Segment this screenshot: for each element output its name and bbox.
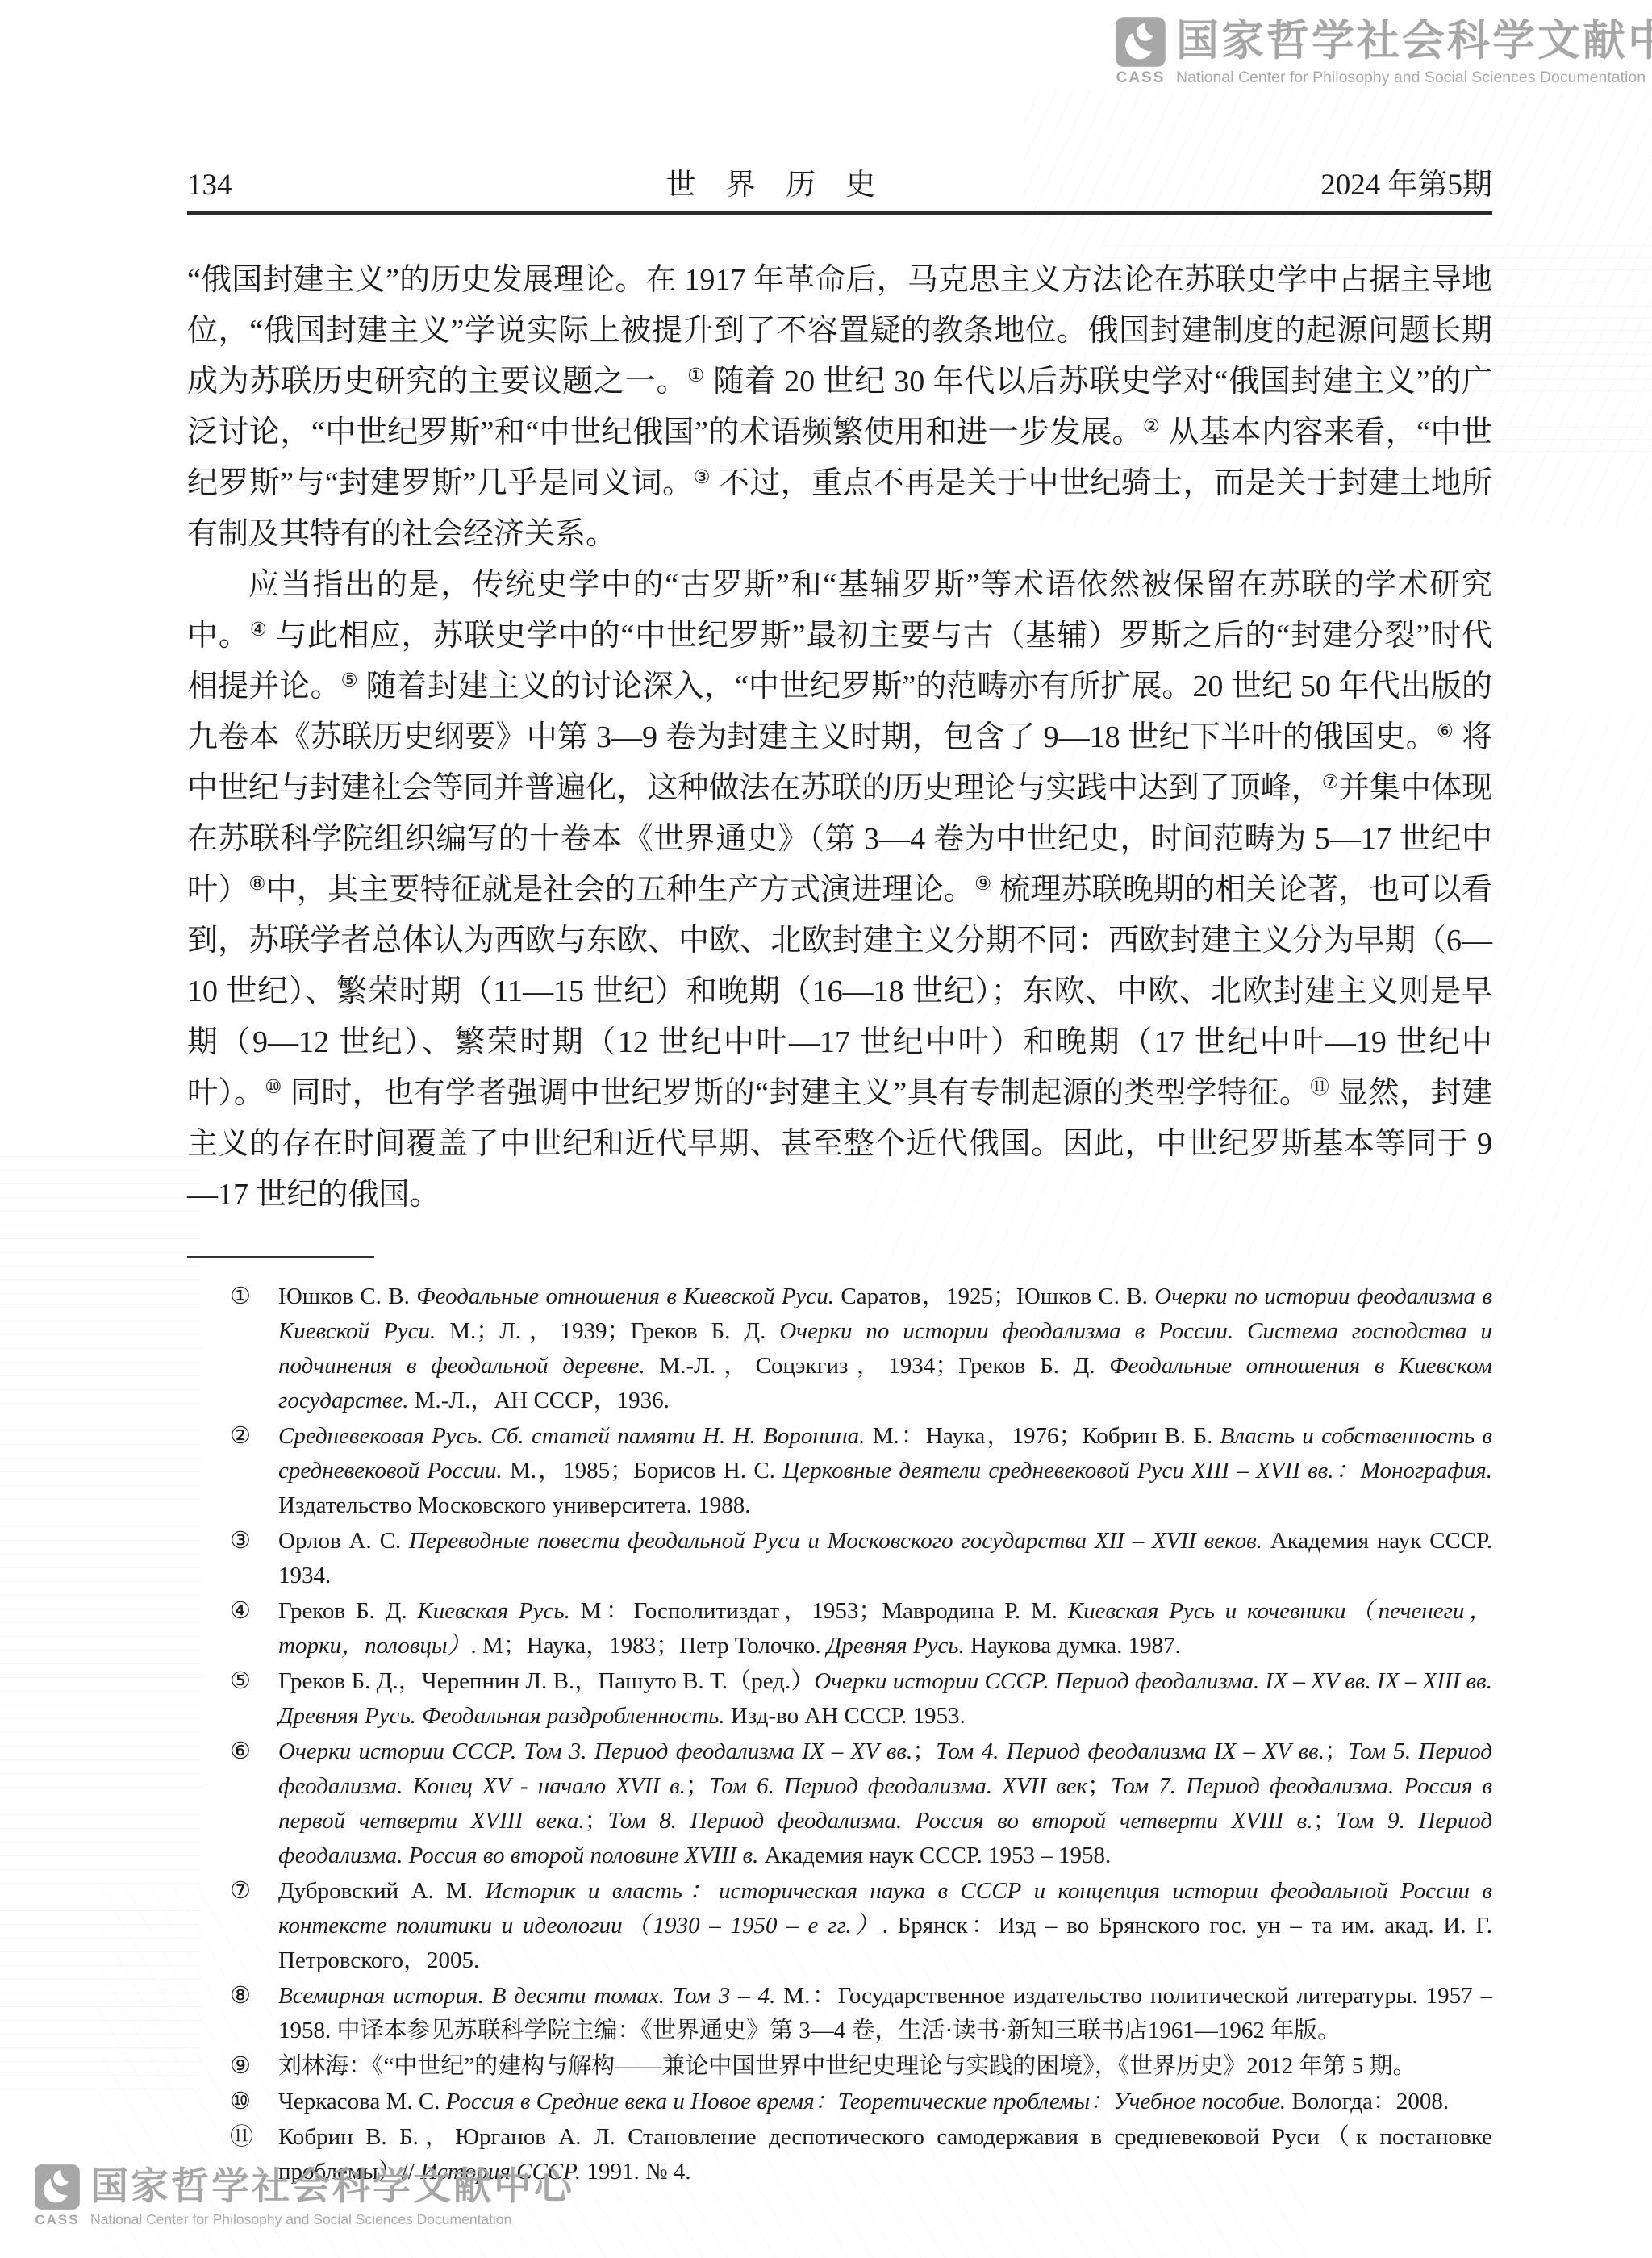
footnote-text-segment: . М；Наука，1983；Петр Толочко. [471, 1633, 827, 1659]
footnote-ref: ⑩ [265, 1077, 282, 1098]
footnote-title-segment: Церковные деятели средневековой Руси XII… [782, 1458, 1492, 1484]
footnote-title-segment: Переводные повести феодальной Руси и Мос… [409, 1528, 1262, 1554]
footnote-text-segment: ； [1325, 1738, 1348, 1764]
footnote-text-segment: Издательство Московского университета. 1… [278, 1492, 751, 1518]
cass-logo-icon-column: CASS [34, 2164, 81, 2228]
footnote-item: ⑨刘林海：《“中世纪”的建构与解构——兼论中国世界中世纪史理论与实践的困境》，《… [187, 2049, 1492, 2084]
footnote-marker: ② [230, 1419, 251, 1454]
body-paragraph-2: 应当指出的是，传统史学中的“古罗斯”和“基辅罗斯”等术语依然被保留在苏联的学术研… [187, 560, 1492, 1221]
footnote-item: ①Юшков С. В. Феодальные отношения в Киев… [187, 1279, 1492, 1418]
footnote-text-segment: Вологда：2008. [1286, 2089, 1449, 2114]
footnote-ref: ⑦ [1322, 772, 1339, 793]
logo-title-english: National Center for Philosophy and Socia… [90, 2211, 574, 2228]
cass-logo-icon [34, 2164, 81, 2210]
footnote-marker: ③ [230, 1524, 251, 1559]
footnote-text-segment: М.；Л.，1939；Греков Б. Д. [436, 1318, 779, 1344]
footnote-item: ⑤Греков Б. Д.，Черепнин Л. В.，Пашуто В. Т… [187, 1664, 1492, 1734]
footnote-ref: ③ [693, 467, 711, 488]
logo-title-chinese: 国家哲学社会科学文献中心 [90, 2164, 574, 2209]
footnote-ref: ④ [250, 620, 268, 641]
footnote-text-segment: М.：Наука，1976；Кобрин В. Б. [865, 1423, 1220, 1449]
footnote-text-segment: Дубровский А. М. [278, 1878, 486, 1904]
footnote-text-segment: 刘林海：《“中世纪”的建构与解构——兼论中国世界中世纪史理论与实践的困境》，《世… [278, 2053, 1416, 2079]
footnote-marker: ⑪ [230, 2120, 253, 2155]
footnote-item: ⑩Черкасова М. С. Россия в Средние века и… [187, 2085, 1492, 2119]
footnote-title-segment: Очерки истории СССР. Том 3. Период феода… [278, 1738, 912, 1764]
footnote-marker: ④ [230, 1594, 251, 1629]
footnote-text-segment: ； [585, 1808, 608, 1834]
footnote-title-segment: Том 4. Период феодализма IX – XV вв. [936, 1738, 1325, 1764]
footnote-title-segment: Средневековая Русь. Сб. статей памяти Н.… [278, 1423, 865, 1449]
footnote-text-segment: 1991. № 4. [581, 2159, 690, 2185]
footnote-ref: ⑨ [974, 874, 991, 895]
footnote-text-segment: М.，1985；Борисов Н. С. [503, 1458, 783, 1484]
footnote-item: ②Средневековая Русь. Сб. статей памяти Н… [187, 1419, 1492, 1523]
page-number: 134 [187, 168, 232, 202]
cass-acronym: CASS [35, 2212, 79, 2228]
footnote-text-segment: ； [1087, 1773, 1111, 1799]
footnote-text-segment: Греков Б. Д.，Черепнин Л. В.，Пашуто В. Т.… [278, 1668, 814, 1694]
journal-page: CASS 国家哲学社会科学文献中心 National Center for Ph… [0, 0, 1652, 2258]
footnote-title-segment: Древняя Русь. [827, 1633, 965, 1659]
footnote-text-segment: ； [686, 1773, 709, 1799]
footnote-item: ③Орлов А. С. Переводные повести феодальн… [187, 1524, 1492, 1593]
footnote-divider [187, 1256, 374, 1258]
footnote-item: ⑦Дубровский А. М. Историк и власть：истор… [187, 1874, 1492, 1978]
footnote-ref: ⑪ [1310, 1077, 1329, 1098]
footnote-title-segment: Киевская Русь. [418, 1598, 570, 1624]
footnote-text-segment: Орлов А. С. [278, 1528, 409, 1554]
footnote-title-segment: Россия в Средние века и Новое время：Теор… [446, 2089, 1286, 2114]
journal-title: 世 界 历 史 [666, 160, 887, 203]
page-content: 134 世 界 历 史 2024 年第5期 “俄国封建主义”的历史发展理论。在 … [0, 0, 1652, 2189]
footnote-item: ④Греков Б. Д. Киевская Русь. М：Госполити… [187, 1594, 1492, 1663]
footnotes-list: ①Юшков С. В. Феодальные отношения в Киев… [187, 1279, 1492, 2189]
body-paragraph-1: “俄国封建主义”的历史发展理论。在 1917 年革命后，马克思主义方法论在苏联史… [187, 255, 1492, 560]
footnote-title-segment: Том 8. Период феодализма. Россия во втор… [608, 1808, 1313, 1834]
article-body: “俄国封建主义”的历史发展理论。在 1917 年革命后，马克思主义方法论在苏联史… [187, 255, 1492, 1221]
footnote-text-segment: М：Госполитиздат，1953；Мавродина Р. М. [570, 1598, 1068, 1624]
footnote-marker: ① [230, 1279, 251, 1314]
cass-logo-text-column: 国家哲学社会科学文献中心 National Center for Philoso… [90, 2164, 574, 2228]
footnote-marker: ⑥ [230, 1734, 251, 1769]
footnote-title-segment: Всемирная история. В десяти томах. Том 3… [278, 1983, 775, 2009]
footnote-title-segment: Том 6. Период феодализма. XVII век [709, 1773, 1087, 1799]
running-head: 134 世 界 历 史 2024 年第5期 [187, 160, 1492, 200]
footnote-text-segment: М.-Л.，Соцэкгиз，1934；Греков Б. Д. [645, 1353, 1109, 1379]
footnote-marker: ⑧ [230, 1979, 251, 2014]
footnote-text-segment: Наукова думка. 1987. [965, 1633, 1181, 1659]
footnote-ref: ⑧ [248, 874, 265, 895]
footnote-marker: ⑤ [230, 1664, 251, 1699]
footnote-text-segment: М.-Л.，АН СССР，1936. [408, 1388, 669, 1413]
footnote-item: ⑧Всемирная история. В десяти томах. Том … [187, 1979, 1492, 2048]
footnote-ref: ② [1143, 416, 1161, 437]
footnote-text-segment: Академия наук СССР. 1953 – 1958. [758, 1843, 1111, 1868]
footnote-marker: ⑨ [230, 2049, 251, 2084]
footnote-ref: ⑥ [1437, 721, 1454, 742]
footnote-marker: ⑩ [230, 2085, 251, 2119]
footnote-title-segment: Феодальные отношения в Киевской Руси. [416, 1283, 834, 1309]
footnote-text-segment: Саратов，1925；Юшков С. В. [834, 1283, 1154, 1309]
header-rule [187, 211, 1492, 215]
footnote-ref: ① [687, 365, 705, 386]
footnote-item: ⑥Очерки истории СССР. Том 3. Период феод… [187, 1734, 1492, 1873]
footnote-marker: ⑦ [230, 1874, 251, 1909]
footnote-text-segment: Черкасова М. С. [278, 2089, 446, 2114]
footnote-ref: ⑤ [341, 670, 358, 691]
issue-label: 2024 年第5期 [1320, 160, 1492, 203]
cass-logo-footer: CASS 国家哲学社会科学文献中心 National Center for Ph… [34, 2164, 574, 2228]
footnote-text-segment: ； [912, 1738, 936, 1764]
footnote-text-segment: Изд-во АН СССР. 1953. [725, 1703, 966, 1729]
footnote-text-segment: ； [1312, 1808, 1336, 1834]
footnote-text-segment: Греков Б. Д. [278, 1598, 418, 1624]
footnote-text-segment: Юшков С. В. [278, 1283, 416, 1309]
